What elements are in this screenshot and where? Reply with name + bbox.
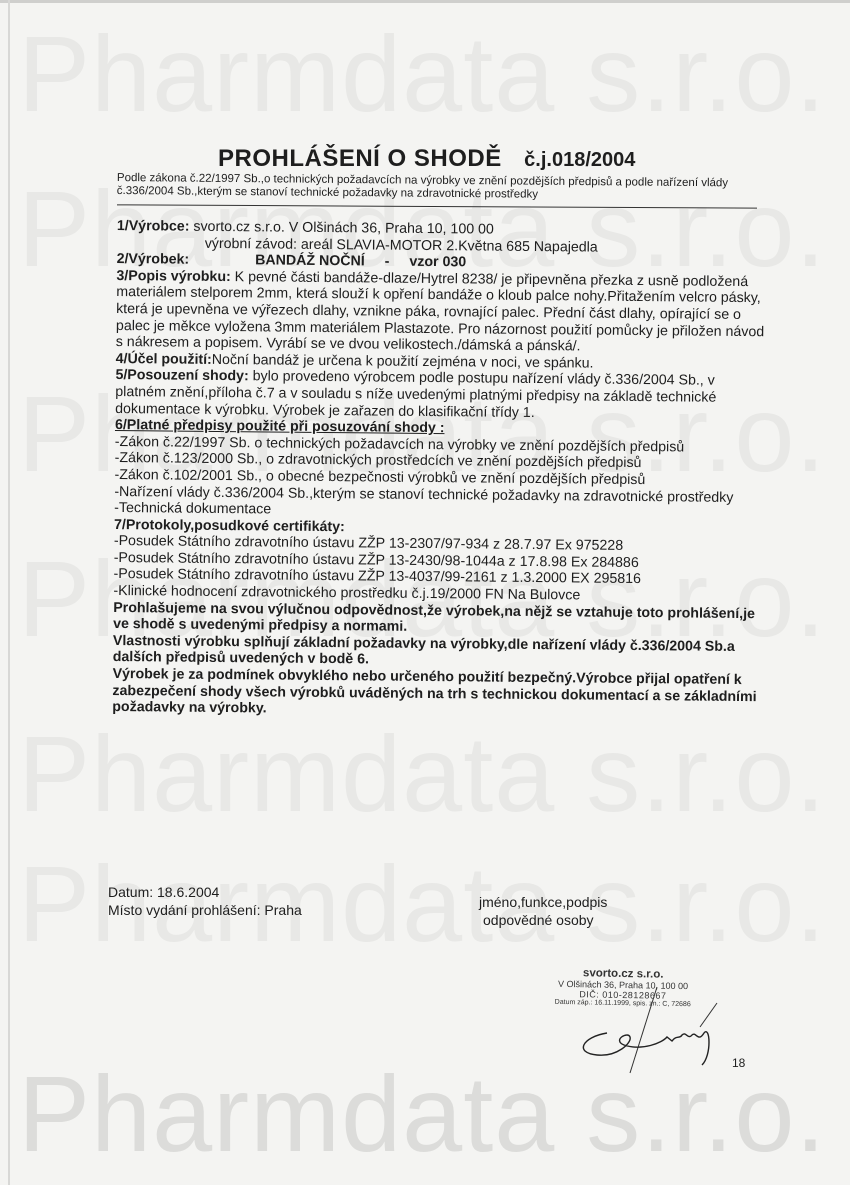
document-header: PROHLÁŠENÍ O SHODĚ č.j.018/2004: [218, 145, 635, 173]
signature-label-line-2: odpovědné osoby: [479, 911, 607, 929]
section-label: 5/Posouzení shody:: [115, 367, 248, 384]
header-divider: [117, 204, 757, 208]
issue-info: Datum: 18.6.2004 Místo vydání prohlášení…: [108, 883, 302, 919]
issue-date: Datum: 18.6.2004: [108, 883, 302, 901]
declaration-paragraph: Výrobek je za podmínek obvyklého nebo ur…: [112, 666, 762, 722]
manufacturer-value: svorto.cz s.r.o. V Olšinách 36, Praha 10…: [189, 219, 494, 238]
document-title: PROHLÁŠENÍ O SHODĚ: [218, 145, 502, 172]
section-label: 3/Popis výrobku:: [116, 268, 230, 285]
section-label: 1/Výrobce:: [117, 218, 190, 235]
product-name: BANDÁŽ NOČNÍ: [255, 253, 365, 271]
handwritten-signature-icon: [572, 985, 732, 1075]
section-label: 4/Účel použití:: [116, 351, 212, 368]
product-separator: -: [385, 254, 390, 270]
signature-label: jméno,funkce,podpis odpovědné osoby: [479, 893, 607, 929]
section-label: 2/Výrobek:: [117, 251, 190, 268]
document-body: 1/Výrobce: svorto.cz s.r.o. V Olšinách 3…: [112, 218, 767, 722]
issue-place: Místo vydání prohlášení: Praha: [108, 901, 302, 919]
page-number: 18: [732, 1056, 745, 1070]
signature-label-line-1: jméno,funkce,podpis: [479, 893, 607, 911]
document-reference: č.j.018/2004: [524, 149, 635, 171]
document-subtitle: Podle zákona č.22/1997 Sb.,o technických…: [117, 172, 767, 204]
product-model: vzor 030: [409, 254, 466, 271]
section-assessment: 5/Posouzení shody: bylo provedeno výrobc…: [115, 367, 765, 423]
document-page: PROHLÁŠENÍ O SHODĚ č.j.018/2004 Podle zá…: [0, 0, 850, 1185]
section-description: 3/Popis výrobku: K pevné části bandáže-d…: [116, 268, 767, 357]
